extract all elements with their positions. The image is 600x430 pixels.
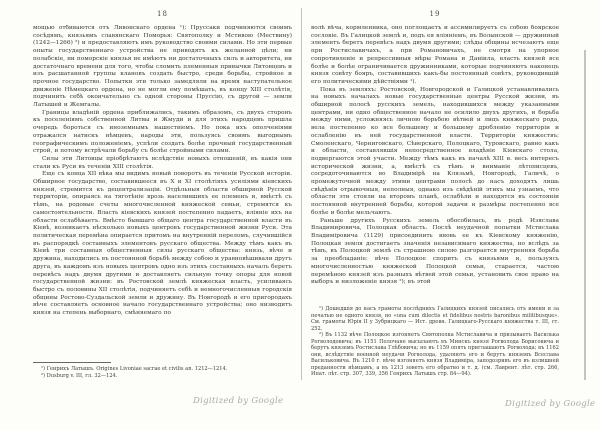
scan-edge-shadow — [584, 50, 586, 380]
book-scan: 18 мощью отбиваются отъ Ливонскаго орден… — [0, 0, 600, 430]
page-number-left: 18 — [33, 10, 292, 18]
page-number-right: 19 — [311, 10, 559, 18]
page-18-footnotes: ¹) Генрихъ Латышъ. Origines Livoniae sac… — [33, 362, 292, 379]
page-18: 18 мощью отбиваются отъ Ливонскаго орден… — [33, 10, 292, 318]
footnote: ²) Dusburg v. III, гл. 32—124. — [33, 373, 292, 380]
google-watermark: Digitized by Google — [505, 399, 595, 409]
paragraph: волѣ вѣча, кормленника, оно поглощаетъ и… — [311, 25, 559, 87]
page-19: 19 волѣ вѣча, кормленника, оно поглощает… — [311, 10, 559, 287]
page-gutter-divider — [301, 8, 302, 380]
paragraph: Раньше другихъ Русскихъ земель обособила… — [311, 218, 559, 287]
google-watermark: Digitized by Google — [193, 396, 283, 406]
footnote: ²) Въ 1132 вѣче Полоцкое изгоняетъ Свято… — [311, 332, 559, 378]
footnote-rule — [33, 362, 111, 363]
paragraph: мощью отбиваются отъ Ливонскаго ордена ¹… — [33, 25, 292, 110]
paragraph: Силы эти Литовцы пріобрѣтаютъ вслѣдствіе… — [33, 156, 292, 171]
paragraph: Границы владѣній ордена приближались, та… — [33, 110, 292, 156]
paragraph: Пока въ земляхъ: Ростовской, Новгородско… — [311, 87, 559, 218]
page-19-body: волѣ вѣча, кормленника, оно поглощаетъ и… — [311, 25, 559, 287]
footnote: ¹) Дошедшія до насъ грамоты послѣднихъ Г… — [311, 306, 559, 332]
page-19-footnotes: ¹) Дошедшія до насъ грамоты послѣднихъ Г… — [311, 306, 559, 378]
paragraph: Еще съ конца XII вѣка мы видимъ новый по… — [33, 171, 292, 317]
page-18-body: мощью отбиваются отъ Ливонскаго ордена ¹… — [33, 25, 292, 318]
